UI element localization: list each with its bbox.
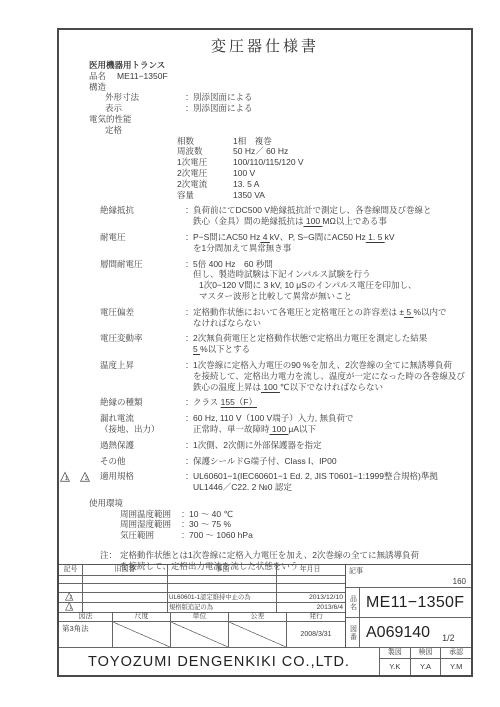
structure-heading: 構造 [89,82,471,93]
revision-table-header: 記号 旧図番 事由 年月日 [59,565,345,576]
rating-row-frequency: 周波数 50 Hz／ 60 Hz [177,146,471,157]
revision-triangle-1-icon: △1 [60,471,77,483]
drawing-info-header: 図法 尺度 単位 公差 発行 [59,613,345,622]
tolerance-cell-diagonal [229,622,287,647]
structure-row-value: 別添図面による [193,92,253,103]
issue-date: 2008/3/31 [287,622,345,647]
revision-date: 2013/12/10 [277,593,345,602]
sheet-number: 1/2 [442,633,455,643]
spec-other: その他 ： 保護シールドG端子付、Class Ⅰ、IP00 [100,456,471,467]
electrical-heading: 電気的性能 [89,114,471,125]
company-name: TOYOZUMI DENGENKIKI CO.,LTD. [59,648,380,675]
spec-voltage-deviation: 電圧偏差 ： 定格動作状態において各電圧と定格電圧との許容差は ± 5 %以内で… [100,307,471,329]
structure-row-label: 外形寸法 [105,92,185,103]
revision-row-empty [59,584,345,593]
spec-content: 医用機器用トランス 品名 ME11−1350F 構造 外形寸法 ： 別添図面によ… [59,60,471,572]
env-row-temperature: 周囲温度範囲 ： 10 〜 40 ℃ [120,509,471,520]
unit-cell-diagonal [171,622,229,647]
rating-row-phase: 相数 1相 複巻 [177,136,471,147]
env-row-pressure: 気圧範囲 ： 700 〜 1060 hPa [120,530,471,541]
rating-row-secondary-voltage: 2次電圧 100 V [177,168,471,179]
spec-withstand-voltage: 耐電圧 ： P−S間にAC50 Hz 4 kV、P, S−G間にAC50 Hz … [100,232,471,254]
env-row-humidity: 周囲湿度範囲 ： 30 〜 75 % [120,519,471,530]
structure-row-marking: 表示 ： 別添図面による [100,103,471,114]
revision-row-1: △1 規格版追記の為 2013/6/4 [59,603,345,613]
environment-heading: 使用環境 [89,498,471,509]
rating-row-capacity: 容量 1350 VA [177,190,471,201]
signature-check: Y.A [411,659,442,675]
notes-cell: 記事 160 [346,565,471,588]
product-name-value: ME11−1350F [117,71,168,82]
spec-voltage-regulation: 電圧変動率 ： 2次無負荷電圧と定格動作状態で定格出力電圧を測定した結果 5 %… [100,333,471,355]
title-block-name-row: 品名 ME11−1350F [346,588,471,618]
revision-table: 記号 旧図番 事由 年月日 △2 UL60601-1認定維持中止の為 2013/… [59,565,346,648]
spec-overheat-protection: 過熱保護 ： 1次側、2次側に外部保護器を指定 [100,440,471,451]
notes-number: 160 [346,577,471,586]
signature-draw: Y.K [380,659,411,675]
spec-insulation-resistance: 絶縁抵抗 ： 負荷前にてDC500 V絶縁抵抗計で測定し、各巻線間及び巻線と 鉄… [100,205,471,227]
spec-applicable-standards: △1 △2 適用規格 ： UL60601−1(IEC60601−1 Ed. 2,… [100,471,471,493]
spec-temperature-rise: 温度上昇 ： 1次巻線に定格入力電圧の90 %を加え、2次巻線の全てに無誘導負荷… [100,360,471,392]
drawing-number: A069140 [366,624,430,642]
rating-heading: 定格 [105,125,471,136]
revision-date: 2013/6/4 [277,603,345,612]
revision-row-empty [59,576,345,584]
signature-approve: Y.M [441,659,471,675]
product-name-row: 品名 ME11−1350F [89,71,471,82]
structure-row-label: 表示 [105,103,185,114]
spec-insulation-class: 絶縁の種類 ： クラス 155（F） [100,397,471,408]
document-title: 変圧器仕様書 [59,35,471,56]
projection-value: 第3角法 [59,622,113,647]
rating-row-primary-voltage: 1次電圧 100/110/115/120 V [177,157,471,168]
drawing-info-values: 第3角法 2008/3/31 [59,622,345,648]
structure-row-value: 別添図面による [193,103,253,114]
revision-reason: UL60601-1認定維持中止の為 [168,593,277,602]
spec-leakage-current: 漏れ電流 （接地、出力） ： 60 Hz, 110 V（100 V端子）入力, … [100,413,471,435]
signature-grid: 製図 検図 承認 Y.K Y.A Y.M [380,648,471,675]
revision-mark-1-icon: △1 [64,603,77,612]
rating-row-secondary-current: 2次電流 13. 5 A [177,179,471,190]
revision-reason: 規格版追記の為 [168,603,277,612]
product-type-heading: 医用機器用トランス [89,60,471,71]
title-block-drawing-no-row: 図番 A0691401/2 [346,618,471,648]
revision-triangle-2-icon: △2 [80,471,97,483]
scale-cell-diagonal [113,622,171,647]
spec-sheet-page: 変圧器仕様書 医用機器用トランス 品名 ME11−1350F 構造 外形寸法 ：… [57,28,473,677]
spec-layer-withstand: 層間耐電圧 ： 5倍 400 Hz 60 秒間 但し、製造時試験は下記インパルス… [100,259,471,302]
product-name-label: 品名 [89,71,117,82]
revision-row-2: △2 UL60601-1認定維持中止の為 2013/12/10 [59,593,345,603]
structure-row-dimensions: 外形寸法 ： 別添図面による [100,92,471,103]
title-block: 記号 旧図番 事由 年月日 △2 UL60601-1認定維持中止の為 2013/… [59,564,471,675]
title-block-name-value: ME11−1350F [360,588,471,617]
